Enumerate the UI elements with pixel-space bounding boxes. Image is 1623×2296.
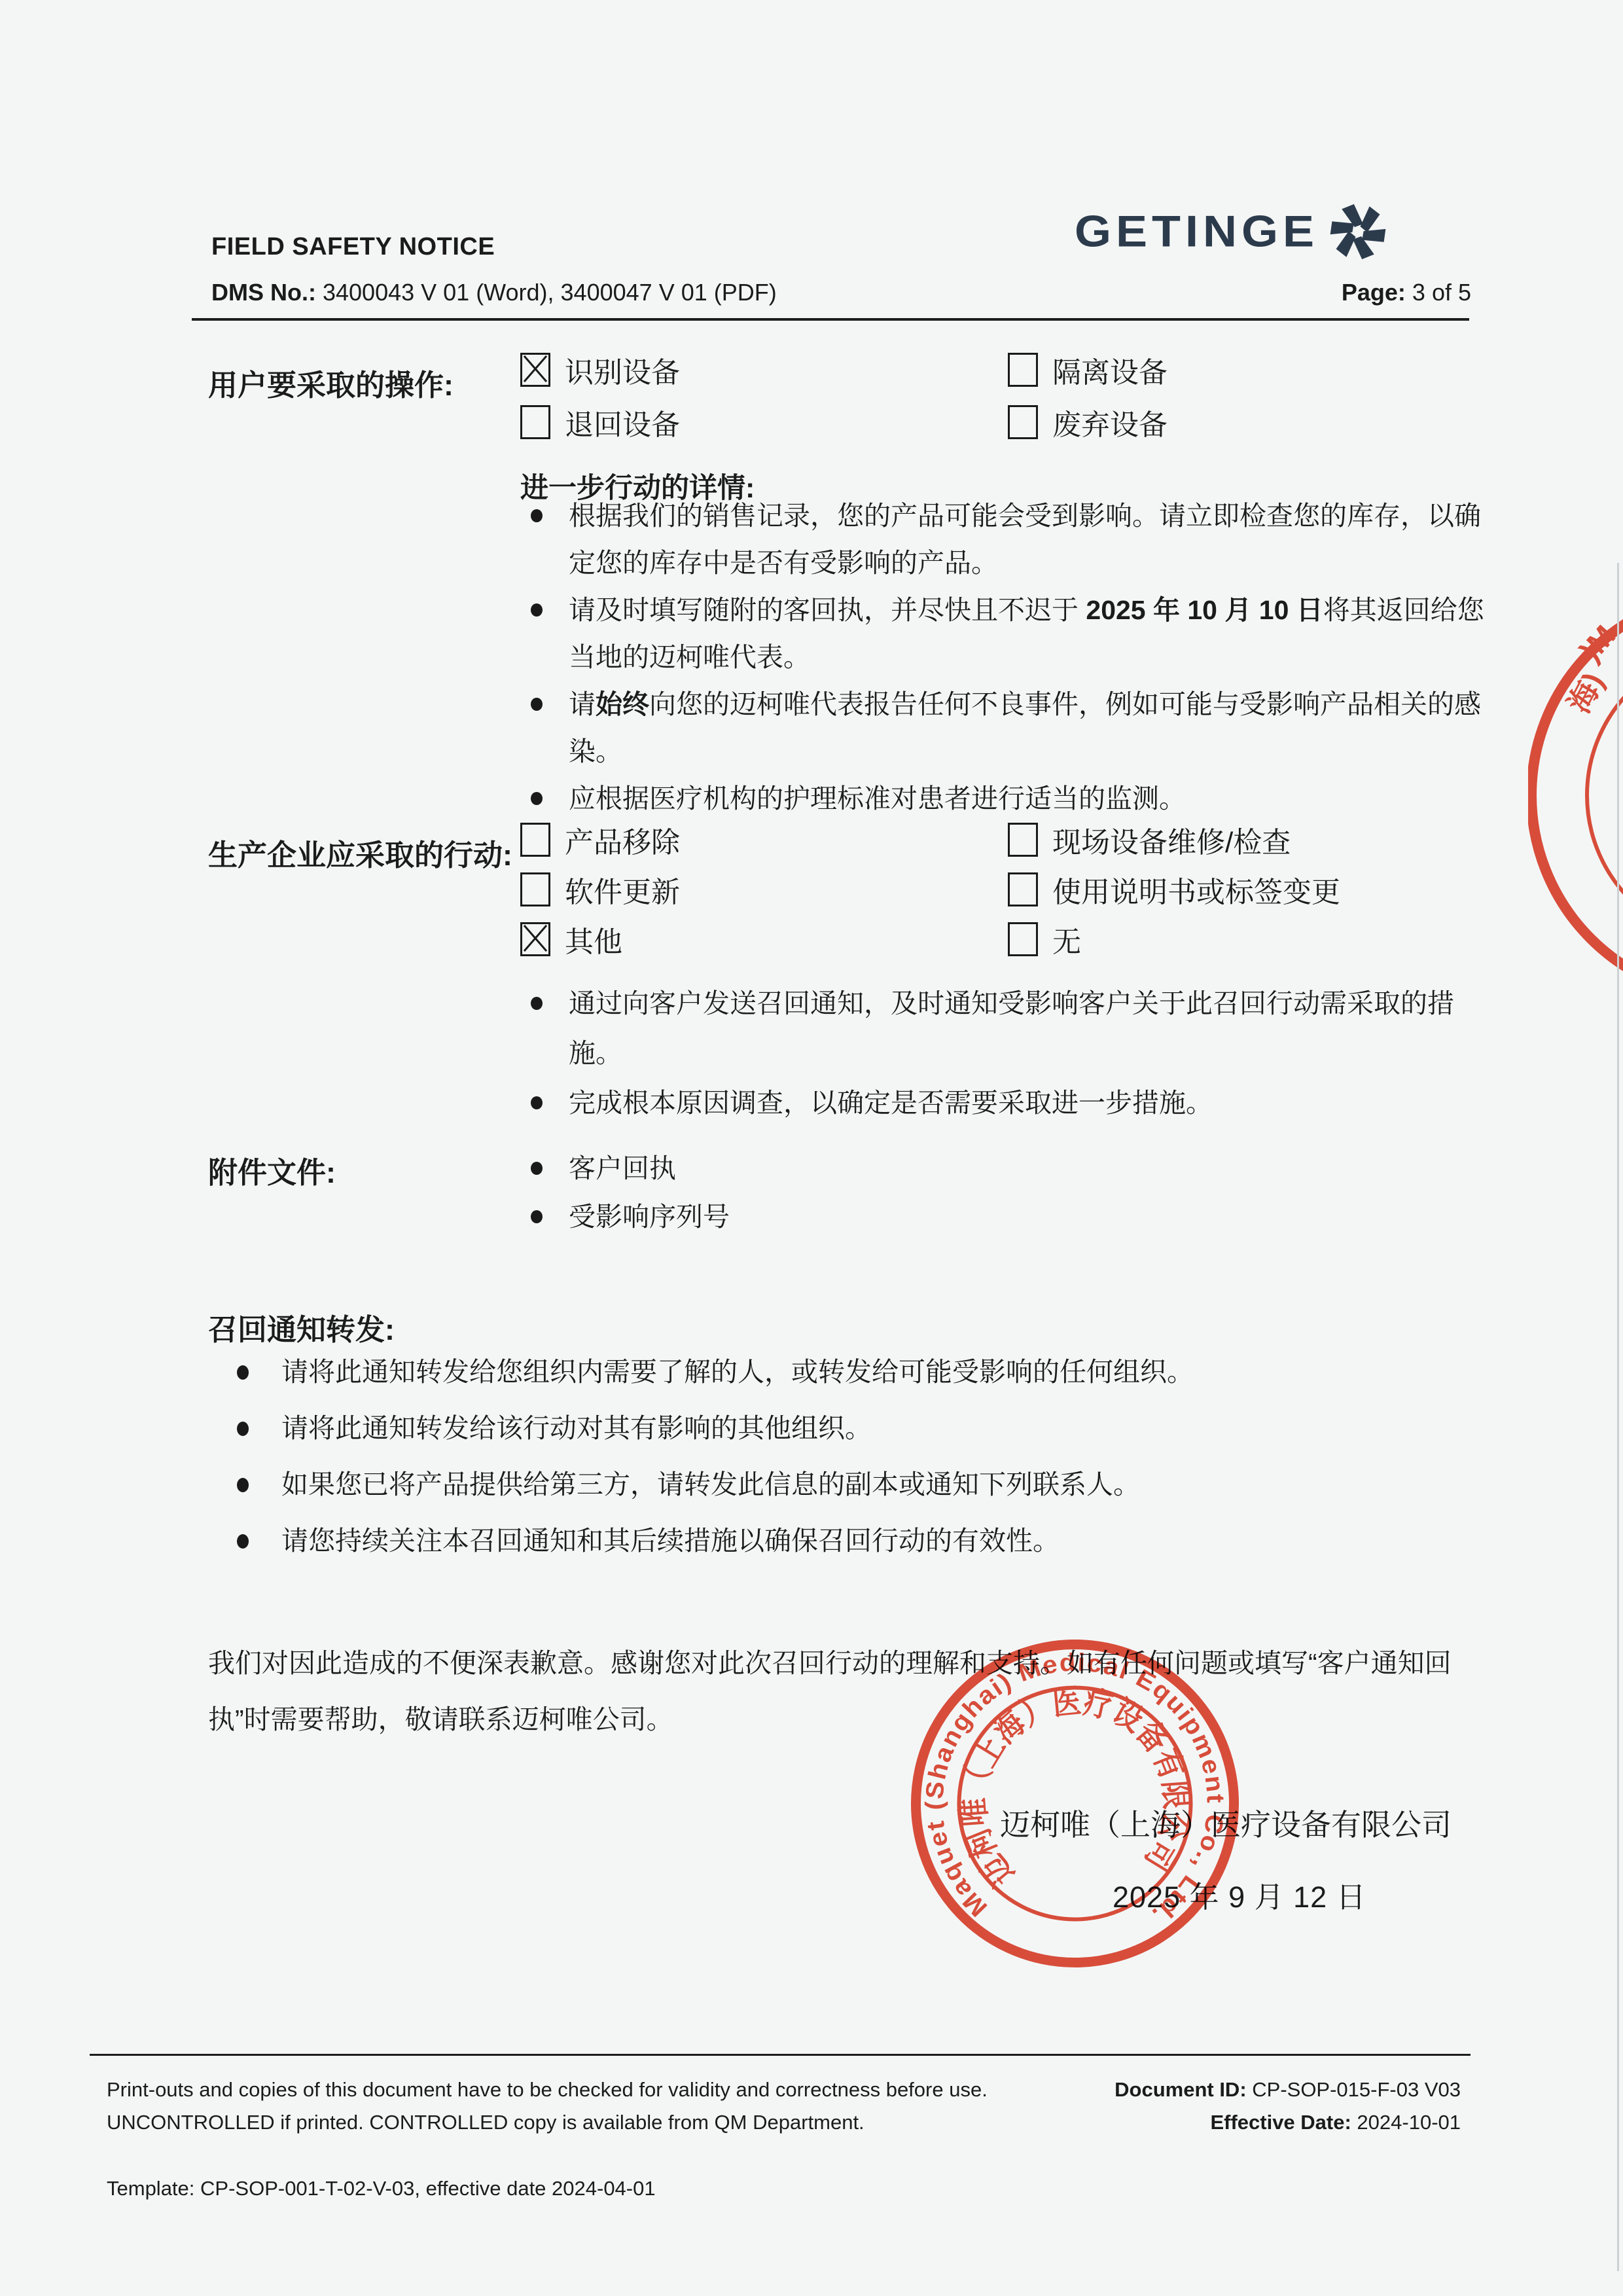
- page-label: Page:: [1342, 279, 1406, 306]
- closing-paragraph: 我们对因此造成的不便深表歉意。感谢您对此次召回行动的理解和支持。如有任何问题或填…: [208, 1635, 1496, 1748]
- checkbox-label: 软件更新: [565, 869, 680, 910]
- checkbox[interactable]: [1008, 823, 1038, 857]
- bullet-text: 请: [569, 689, 596, 719]
- forwarding-heading: 召回通知转发:: [208, 1306, 395, 1348]
- checkbox-label: 其他: [565, 918, 622, 960]
- list-item: 请始终向您的迈柯唯代表报告任何不良事件，例如可能与受影响产品相关的感染。: [520, 681, 1499, 775]
- checkbox-label: 废弃设备: [1052, 401, 1168, 443]
- bullet-text: 请及时填写随附的客回执，并尽快且不迟于: [569, 595, 1086, 625]
- checkbox[interactable]: [1008, 872, 1038, 906]
- getinge-wordmark: GETINGE: [1075, 206, 1319, 257]
- footer-right-text: Document ID: CP-SOP-015-F-03 V03 Effecti…: [1115, 2073, 1461, 2139]
- attachments-list: 客户回执 受影响序列号: [520, 1144, 1499, 1241]
- checkbox[interactable]: [520, 872, 550, 906]
- bullet-text: 根据我们的销售记录，您的产品可能会受到影响。请立即检查您的库存，以确定您的库存中…: [569, 501, 1481, 578]
- list-item: 通过向客户发送召回通知，及时通知受影响客户关于此召回行动需采取的措施。: [520, 978, 1499, 1078]
- footer-line-2: UNCONTROLLED if printed. CONTROLLED copy…: [107, 2106, 988, 2139]
- checkbox-option-other: 其他: [520, 923, 1008, 956]
- checkbox[interactable]: [520, 922, 550, 956]
- bullet-bold: 2025 年 10 月 10 日: [1086, 595, 1323, 625]
- footer-divider: [90, 2054, 1471, 2056]
- forwarding-list: 请将此通知转发给您组织内需要了解的人，或转发给可能受影响的任何组织。 请将此通知…: [208, 1356, 1491, 1581]
- checkbox[interactable]: [520, 405, 550, 439]
- checkbox-label: 使用说明书或标签变更: [1052, 869, 1340, 910]
- footer-line-1: Print-outs and copies of this document h…: [107, 2073, 988, 2106]
- checkbox-option-isolate-device: 隔离设备: [1008, 353, 1495, 386]
- further-details-list: 根据我们的销售记录，您的产品可能会受到影响。请立即检查您的库存，以确定您的库存中…: [520, 492, 1499, 822]
- list-item: 请您持续关注本召回通知和其后续措施以确保召回行动的有效性。: [208, 1525, 1491, 1556]
- list-item: 请将此通知转发给该行动对其有影响的其他组织。: [208, 1412, 1491, 1444]
- checkbox[interactable]: [520, 353, 550, 387]
- checkbox-label: 识别设备: [565, 349, 680, 391]
- getinge-logo: GETINGE: [1075, 203, 1387, 260]
- user-actions-label: 用户要采取的操作:: [208, 361, 454, 404]
- document-id-value: CP-SOP-015-F-03 V03: [1247, 2078, 1461, 2101]
- dms-number-line: DMS No.: 3400043 V 01 (Word), 3400047 V …: [211, 279, 777, 306]
- effective-date-line: Effective Date: 2024-10-01: [1115, 2106, 1461, 2139]
- list-item: 受影响序列号: [520, 1193, 1499, 1241]
- checkbox-option-return-device: 退回设备: [520, 406, 1008, 439]
- bullet-bold: 始终: [596, 689, 649, 719]
- checkbox-label: 隔离设备: [1052, 349, 1168, 391]
- document-page: FIELD SAFETY NOTICE DMS No.: 3400043 V 0…: [0, 0, 1623, 2296]
- attachments-label: 附件文件:: [208, 1149, 336, 1191]
- checkbox-option-none: 无: [1008, 923, 1495, 956]
- manufacturer-actions-options: 产品移除 现场设备维修/检查 软件更新 使用说明书或标签变更 其他 无: [520, 823, 1495, 956]
- checkbox-label: 现场设备维修/检查: [1052, 819, 1291, 861]
- template-line: Template: CP-SOP-001-T-02-V-03, effectiv…: [107, 2177, 656, 2200]
- page-title: FIELD SAFETY NOTICE: [211, 233, 495, 261]
- checkbox-label: 退回设备: [565, 401, 680, 443]
- checkbox[interactable]: [520, 823, 550, 857]
- list-item: 根据我们的销售记录，您的产品可能会受到影响。请立即检查您的库存，以确定您的库存中…: [520, 492, 1499, 586]
- list-item: 客户回执: [520, 1144, 1499, 1193]
- checkbox-option-ifu-label-change: 使用说明书或标签变更: [1008, 873, 1495, 906]
- checkbox-option-product-removal: 产品移除: [520, 823, 1008, 856]
- checkbox-label: 无: [1052, 918, 1081, 960]
- checkbox-label: 产品移除: [565, 819, 680, 861]
- header-divider: [192, 318, 1469, 321]
- bullet-text: 向您的迈柯唯代表报告任何不良事件，例如可能与受影响产品相关的感染。: [569, 689, 1481, 766]
- getinge-asterisk-icon: [1329, 203, 1387, 260]
- checkbox[interactable]: [1008, 405, 1038, 439]
- checkbox[interactable]: [1008, 922, 1038, 956]
- manufacturer-actions-list: 通过向客户发送召回通知，及时通知受影响客户关于此召回行动需采取的措施。 完成根本…: [520, 978, 1499, 1128]
- bullet-text: 应根据医疗机构的护理标准对患者进行适当的监测。: [569, 783, 1186, 814]
- manufacturer-actions-label: 生产企业应采取的行动:: [208, 831, 512, 874]
- checkbox-option-identify-device: 识别设备: [520, 353, 1008, 386]
- list-item: 如果您已将产品提供给第三方，请转发此信息的副本或通知下列联系人。: [208, 1469, 1491, 1500]
- user-actions-options: 识别设备 隔离设备 退回设备 废弃设备: [520, 353, 1495, 439]
- company-seal-stamp: Maquet (Shanghai) Medical Equipment Co.,…: [906, 1635, 1243, 1972]
- list-item: 请将此通知转发给您组织内需要了解的人，或转发给可能受影响的任何组织。: [208, 1356, 1491, 1388]
- document-id-label: Document ID:: [1115, 2078, 1247, 2101]
- partial-edge-stamp: )M 海): [1528, 581, 1623, 977]
- checkbox-option-discard-device: 废弃设备: [1008, 406, 1495, 439]
- page-value: 3 of 5: [1406, 279, 1471, 306]
- scan-edge-artifact: [1617, 563, 1619, 2271]
- list-item: 应根据医疗机构的护理标准对患者进行适当的监测。: [520, 775, 1499, 822]
- dms-label: DMS No.:: [211, 279, 316, 306]
- list-item: 完成根本原因调查，以确定是否需要采取进一步措施。: [520, 1078, 1499, 1128]
- footer-left-text: Print-outs and copies of this document h…: [107, 2073, 988, 2139]
- page-number: Page: 3 of 5: [1342, 279, 1471, 306]
- list-item: 请及时填写随附的客回执，并尽快且不迟于 2025 年 10 月 10 日将其返回…: [520, 586, 1499, 681]
- dms-value: 3400043 V 01 (Word), 3400047 V 01 (PDF): [316, 279, 777, 306]
- effective-date-value: 2024-10-01: [1351, 2111, 1461, 2134]
- document-id-line: Document ID: CP-SOP-015-F-03 V03: [1115, 2073, 1461, 2106]
- checkbox-option-onsite-service: 现场设备维修/检查: [1008, 823, 1495, 856]
- checkbox[interactable]: [1008, 353, 1038, 387]
- checkbox-option-software-update: 软件更新: [520, 873, 1008, 906]
- effective-date-label: Effective Date:: [1210, 2111, 1351, 2134]
